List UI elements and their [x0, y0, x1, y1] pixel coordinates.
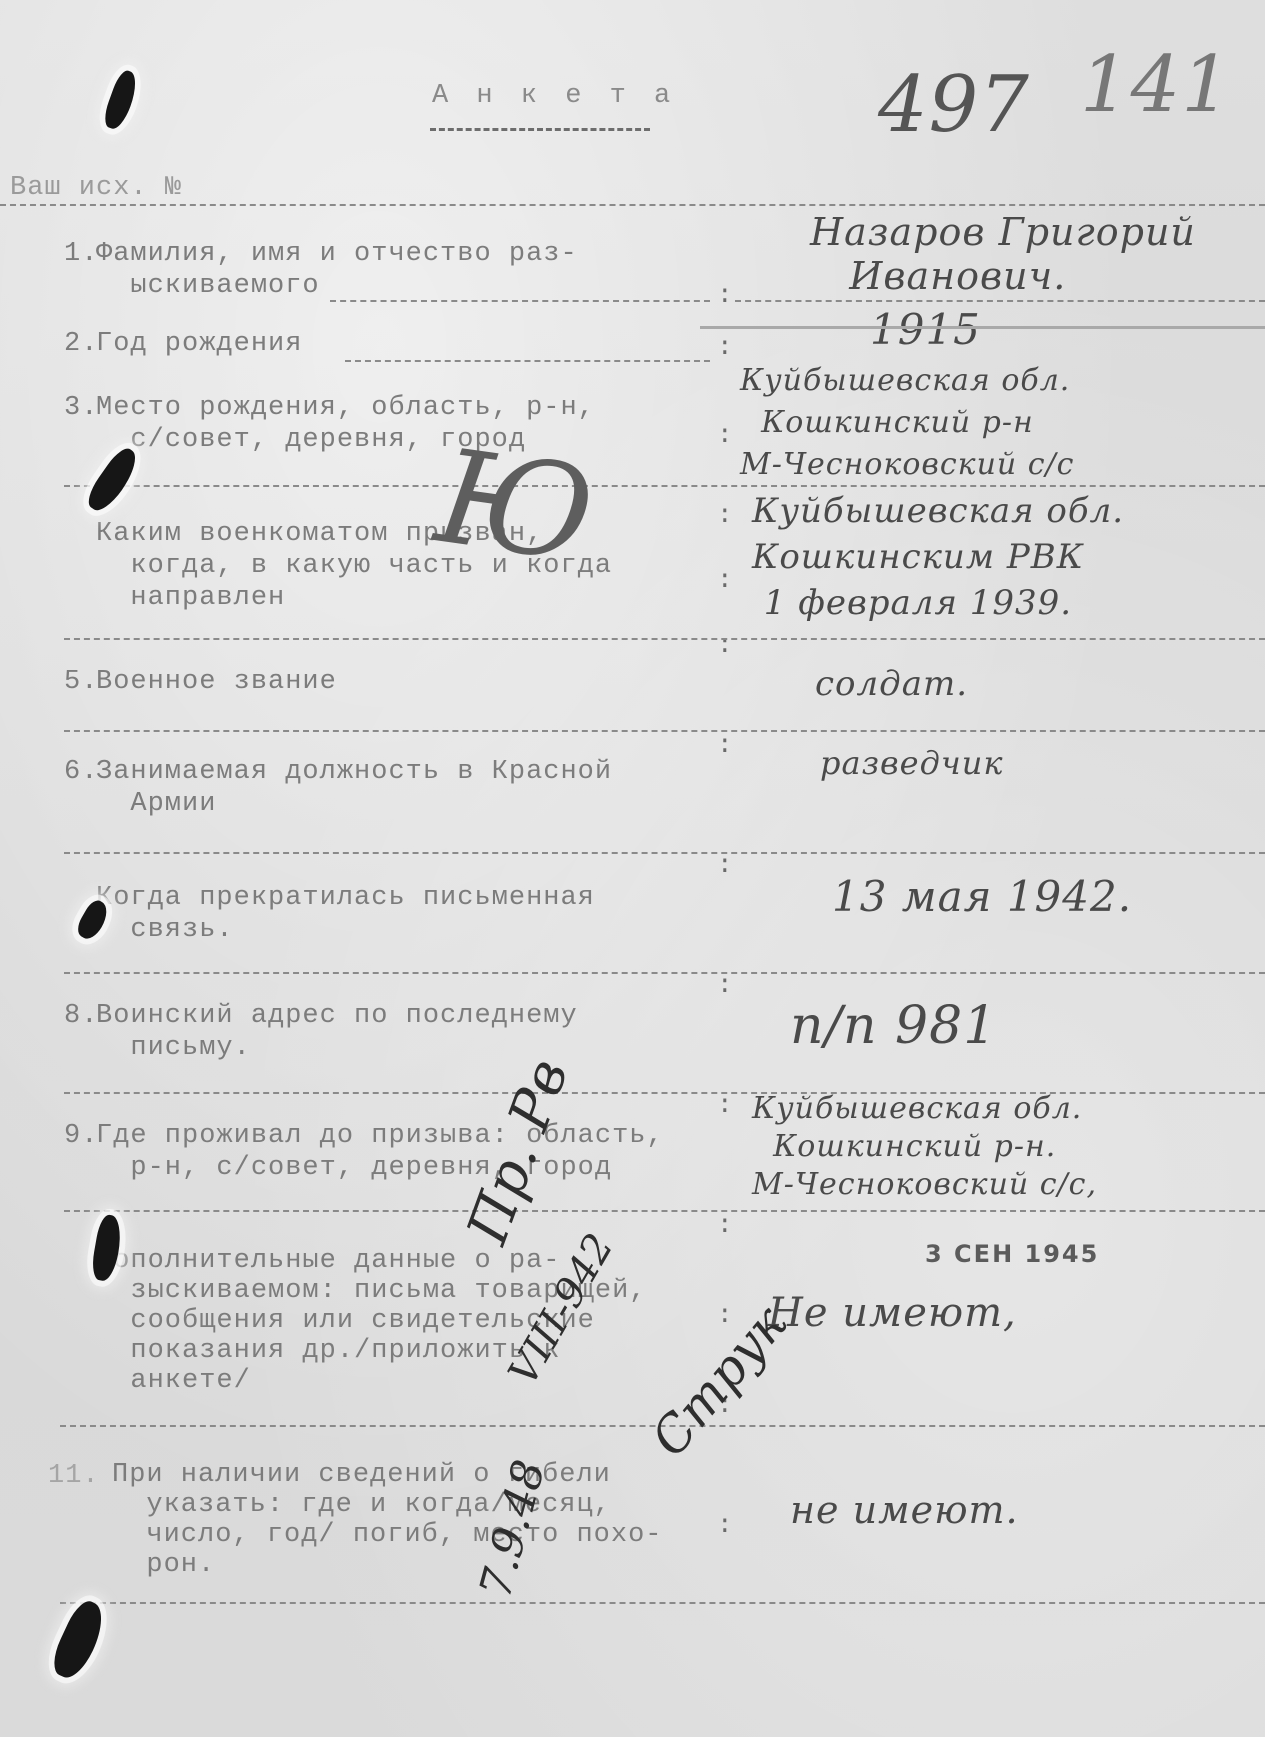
field-1-rule: [330, 300, 710, 302]
field-9-number: 9.: [64, 1120, 98, 1152]
field-4-rule: [64, 638, 1265, 640]
field-5-rule: [64, 730, 1265, 732]
field-1-number: 1.: [64, 238, 98, 270]
field-8-number: 8.: [64, 1000, 98, 1032]
field-11-label: При наличии сведений о гибели указать: г…: [112, 1460, 662, 1580]
field-7-rule: [64, 972, 1265, 974]
field-9-label: Где проживал до призыва: область, р-н, с…: [96, 1120, 664, 1184]
questionnaire-page: А н к е т а 497 141 Ваш исх. № :: :: :: …: [0, 0, 1265, 1737]
field-2-number: 2.: [64, 328, 98, 360]
field-2-rule: [345, 360, 710, 362]
field-8-answer: п/п 981: [790, 996, 997, 1056]
field-4-answer: Куйбышевская обл. Кошкинским РВК 1 февра…: [752, 488, 1124, 626]
field-2-answer-rule: [700, 326, 1265, 329]
field-1-answer: Назаров Григорий Иванович.: [810, 210, 1196, 298]
field-11-number: 11.: [48, 1460, 100, 1492]
field-10-number: 10.: [48, 1246, 100, 1278]
field-3-answer: Куйбышевская обл. Кошкинский р-н М-Чесно…: [740, 360, 1074, 486]
resolution-mark: Ю: [428, 420, 603, 592]
field-6-answer: разведчик: [820, 744, 1003, 782]
field-5-answer: солдат.: [815, 664, 968, 704]
field-11-rule: [60, 1602, 1265, 1604]
document-title: А н к е т а: [432, 80, 676, 112]
archive-number-primary: 497: [878, 60, 1030, 150]
title-underline: [430, 128, 650, 131]
archive-number-secondary: 141: [1080, 40, 1232, 130]
field-6-label: Занимаемая должность в Красной Армии: [96, 756, 612, 820]
field-1-label: Фамилия, имя и отчество раз- ыскиваемого: [96, 238, 578, 302]
punch-hole: [100, 68, 141, 132]
field-7-label: Когда прекратилась письменная связь.: [96, 882, 595, 946]
punch-hole: [47, 1597, 112, 1684]
outgoing-number-label: Ваш исх. №: [10, 172, 182, 204]
field-5-label: Военное звание: [96, 666, 337, 698]
field-10-answer: Не имеют,: [768, 1290, 1017, 1336]
field-2-answer: 1915: [870, 305, 981, 354]
field-9-rule: [64, 1210, 1265, 1212]
field-9-answer: Куйбышевская обл. Кошкинский р-н. М-Чесн…: [752, 1090, 1097, 1204]
header-rule: [0, 204, 1265, 206]
field-11-answer: не имеют.: [790, 1488, 1019, 1532]
field-2-label: Год рождения: [96, 328, 302, 360]
field-6-number: 6.: [64, 756, 98, 788]
received-date-stamp: 3 СЕН 1945: [925, 1240, 1099, 1268]
field-5-number: 5.: [64, 666, 98, 698]
field-1-answer-rule: [735, 300, 1265, 302]
field-4-number: 4.: [64, 518, 98, 550]
field-8-label: Воинский адрес по последнему письму.: [96, 1000, 578, 1064]
field-3-number: 3.: [64, 392, 98, 424]
field-7-answer: 13 мая 1942.: [832, 872, 1132, 921]
field-3-rule: [64, 485, 1265, 487]
field-6-rule: [64, 852, 1265, 854]
